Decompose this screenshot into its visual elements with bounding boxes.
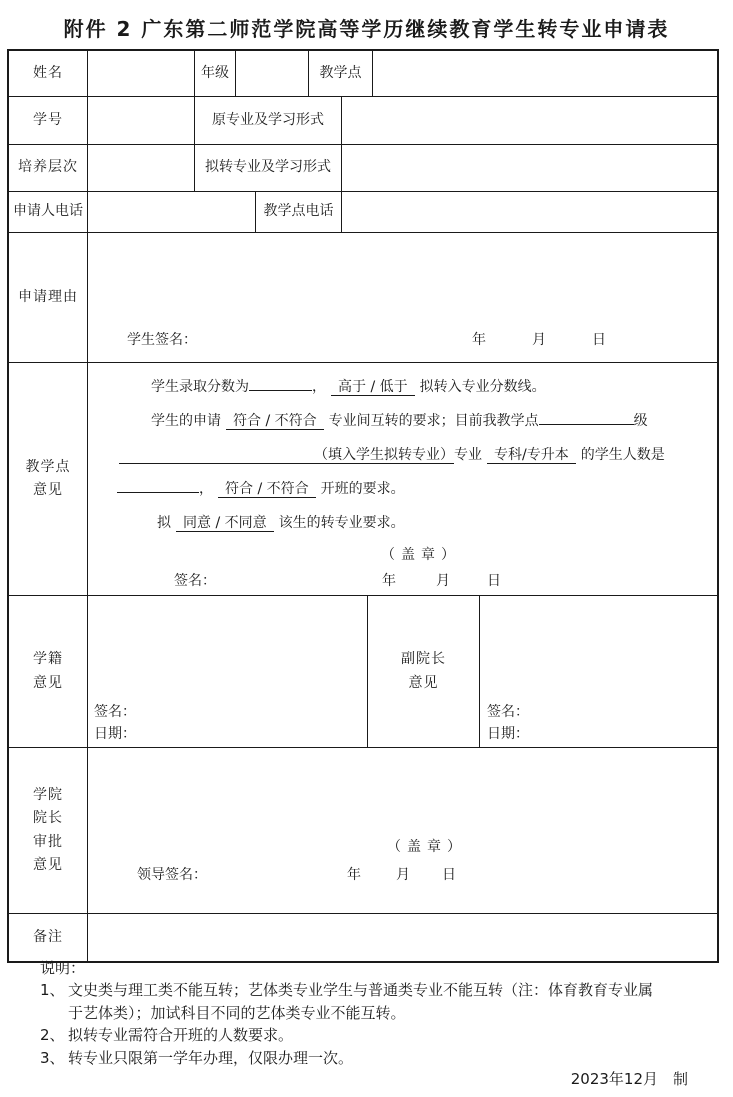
teaching-point-label: 教学点	[309, 51, 373, 96]
training-level-label: 培养层次	[9, 145, 88, 191]
table-row: 备注	[9, 914, 717, 961]
sign-line: 签名： 年 月 日	[88, 570, 717, 594]
month-label: 月	[532, 329, 546, 349]
year-label: 年	[347, 864, 361, 884]
grade-field[interactable]	[236, 51, 309, 96]
applicant-phone-field[interactable]	[88, 192, 256, 232]
original-major-field[interactable]	[342, 97, 717, 144]
choice-conform-rule: 符合 / 不符合	[226, 413, 324, 430]
date-label: 日期：	[487, 723, 529, 743]
choice-conform-class: 符合 / 不符合	[218, 481, 316, 498]
reason-field[interactable]: 学生签名： 年 月 日	[88, 233, 717, 362]
note-number: 3、	[40, 1047, 68, 1069]
day-label: 日	[487, 570, 501, 590]
application-table: 姓名 年级 教学点 学号 原专业及学习形式 培养层次 拟转专业及学习形式 申请人…	[7, 49, 719, 963]
month-label: 月	[436, 570, 450, 590]
name-field[interactable]	[88, 51, 195, 96]
day-label: 日	[592, 329, 606, 349]
score-blank[interactable]	[249, 376, 312, 391]
reason-label: 申请理由	[9, 233, 88, 362]
dean-approval-field[interactable]: （盖章） 领导签名： 年 月 日	[88, 748, 717, 913]
student-count-blank[interactable]	[117, 478, 199, 493]
day-label: 日	[442, 864, 456, 884]
table-row: 姓名 年级 教学点	[9, 51, 717, 97]
opinion-line-transfer-rule: 学生的申请符合 / 不符合专业间互转的要求；目前我教学点级	[151, 404, 717, 438]
enrollment-opinion-field[interactable]: 签名： 日期：	[88, 596, 368, 747]
month-label: 月	[396, 864, 410, 884]
name-label: 姓名	[9, 51, 88, 96]
application-form-page: 附件 2 广东第二师范学院高等学历继续教育学生转专业申请表 姓名 年级 教学点 …	[0, 0, 733, 1097]
choice-agree: 同意 / 不同意	[176, 515, 274, 532]
remarks-label: 备注	[9, 914, 88, 961]
target-major-label: 拟转专业及学习形式	[195, 145, 342, 191]
grade-year-blank[interactable]	[539, 410, 634, 425]
teaching-point-phone-field[interactable]	[342, 192, 717, 232]
form-date: 2023年12月 制	[571, 1068, 688, 1089]
table-row: 学号 原专业及学习形式	[9, 97, 717, 145]
training-level-field[interactable]	[88, 145, 195, 191]
page-title: 附件 2 广东第二师范学院高等学历继续教育学生转专业申请表	[0, 13, 733, 42]
note-item: 1、 文史类与理工类不能互转；艺体类专业学生与普通类专业不能互转（注：体育教育专…	[40, 979, 656, 1024]
table-row: 培养层次 拟转专业及学习形式	[9, 145, 717, 192]
seal-label: （盖章）	[387, 836, 467, 856]
note-item: 2、 拟转专业需符合开班的人数要求。	[40, 1024, 656, 1046]
sign-label: 签名：	[94, 701, 136, 721]
original-major-label: 原专业及学习形式	[195, 97, 342, 144]
notes-heading: 说明：	[40, 957, 656, 979]
table-row: 教学点 意见 学生录取分数为，高于 / 低于拟转入专业分数线。 学生的申请符合 …	[9, 363, 717, 596]
note-number: 2、	[40, 1024, 68, 1046]
enrollment-opinion-label: 学籍 意见	[9, 596, 88, 747]
vice-dean-opinion-label: 副院长 意见	[368, 596, 480, 747]
table-row: 学籍 意见 签名： 日期： 副院长 意见 签名： 日期：	[9, 596, 717, 748]
opinion-line-class-size: ，符合 / 不符合开班的要求。	[117, 472, 717, 506]
dean-approval-label: 学院 院长 审批 意见	[9, 748, 88, 913]
note-text: 转专业只限第一学年办理，仅限办理一次。	[68, 1047, 656, 1069]
table-row: 申请理由 学生签名： 年 月 日	[9, 233, 717, 363]
opinion-line-major-count: （填入学生拟转专业）专业专科/专升本的学生人数是	[119, 438, 717, 472]
teaching-point-opinion-field: 学生录取分数为，高于 / 低于拟转入专业分数线。 学生的申请符合 / 不符合专业…	[88, 363, 717, 595]
year-label: 年	[472, 329, 486, 349]
target-major-field[interactable]	[342, 145, 717, 191]
applicant-phone-label: 申请人电话	[9, 192, 88, 232]
notes-section: 说明： 1、 文史类与理工类不能互转；艺体类专业学生与普通类专业不能互转（注：体…	[40, 957, 656, 1069]
student-id-label: 学号	[9, 97, 88, 144]
student-sign-label: 学生签名：	[127, 329, 197, 349]
student-id-field[interactable]	[88, 97, 195, 144]
year-label: 年	[382, 570, 396, 590]
opinion-line-score: 学生录取分数为，高于 / 低于拟转入专业分数线。	[151, 370, 717, 404]
teaching-point-phone-label: 教学点电话	[256, 192, 342, 232]
note-text: 文史类与理工类不能互转；艺体类专业学生与普通类专业不能互转（注：体育教育专业属于…	[68, 979, 656, 1024]
table-row: 学院 院长 审批 意见 （盖章） 领导签名： 年 月 日	[9, 748, 717, 914]
note-text: 拟转专业需符合开班的人数要求。	[68, 1024, 656, 1046]
sign-label: 签名：	[487, 701, 529, 721]
note-number: 1、	[40, 979, 68, 1024]
choice-higher-lower: 高于 / 低于	[331, 379, 415, 396]
teaching-point-opinion-label: 教学点 意见	[9, 363, 88, 595]
seal-label: （盖章）	[381, 547, 461, 563]
vice-dean-opinion-field[interactable]: 签名： 日期：	[480, 596, 717, 747]
target-major-blank[interactable]: （填入学生拟转专业）	[119, 447, 454, 464]
sign-label: 签名：	[174, 570, 216, 590]
note-item: 3、 转专业只限第一学年办理，仅限办理一次。	[40, 1047, 656, 1069]
grade-label: 年级	[195, 51, 236, 96]
teaching-point-field[interactable]	[373, 51, 717, 96]
seal-line: （盖章）	[381, 540, 717, 570]
choice-level: 专科/专升本	[487, 447, 576, 464]
remarks-field[interactable]	[88, 914, 717, 961]
opinion-line-decision: 拟同意 / 不同意该生的转专业要求。	[157, 506, 717, 540]
table-row: 申请人电话 教学点电话	[9, 192, 717, 233]
date-label: 日期：	[94, 723, 136, 743]
leader-sign-label: 领导签名：	[137, 864, 207, 884]
